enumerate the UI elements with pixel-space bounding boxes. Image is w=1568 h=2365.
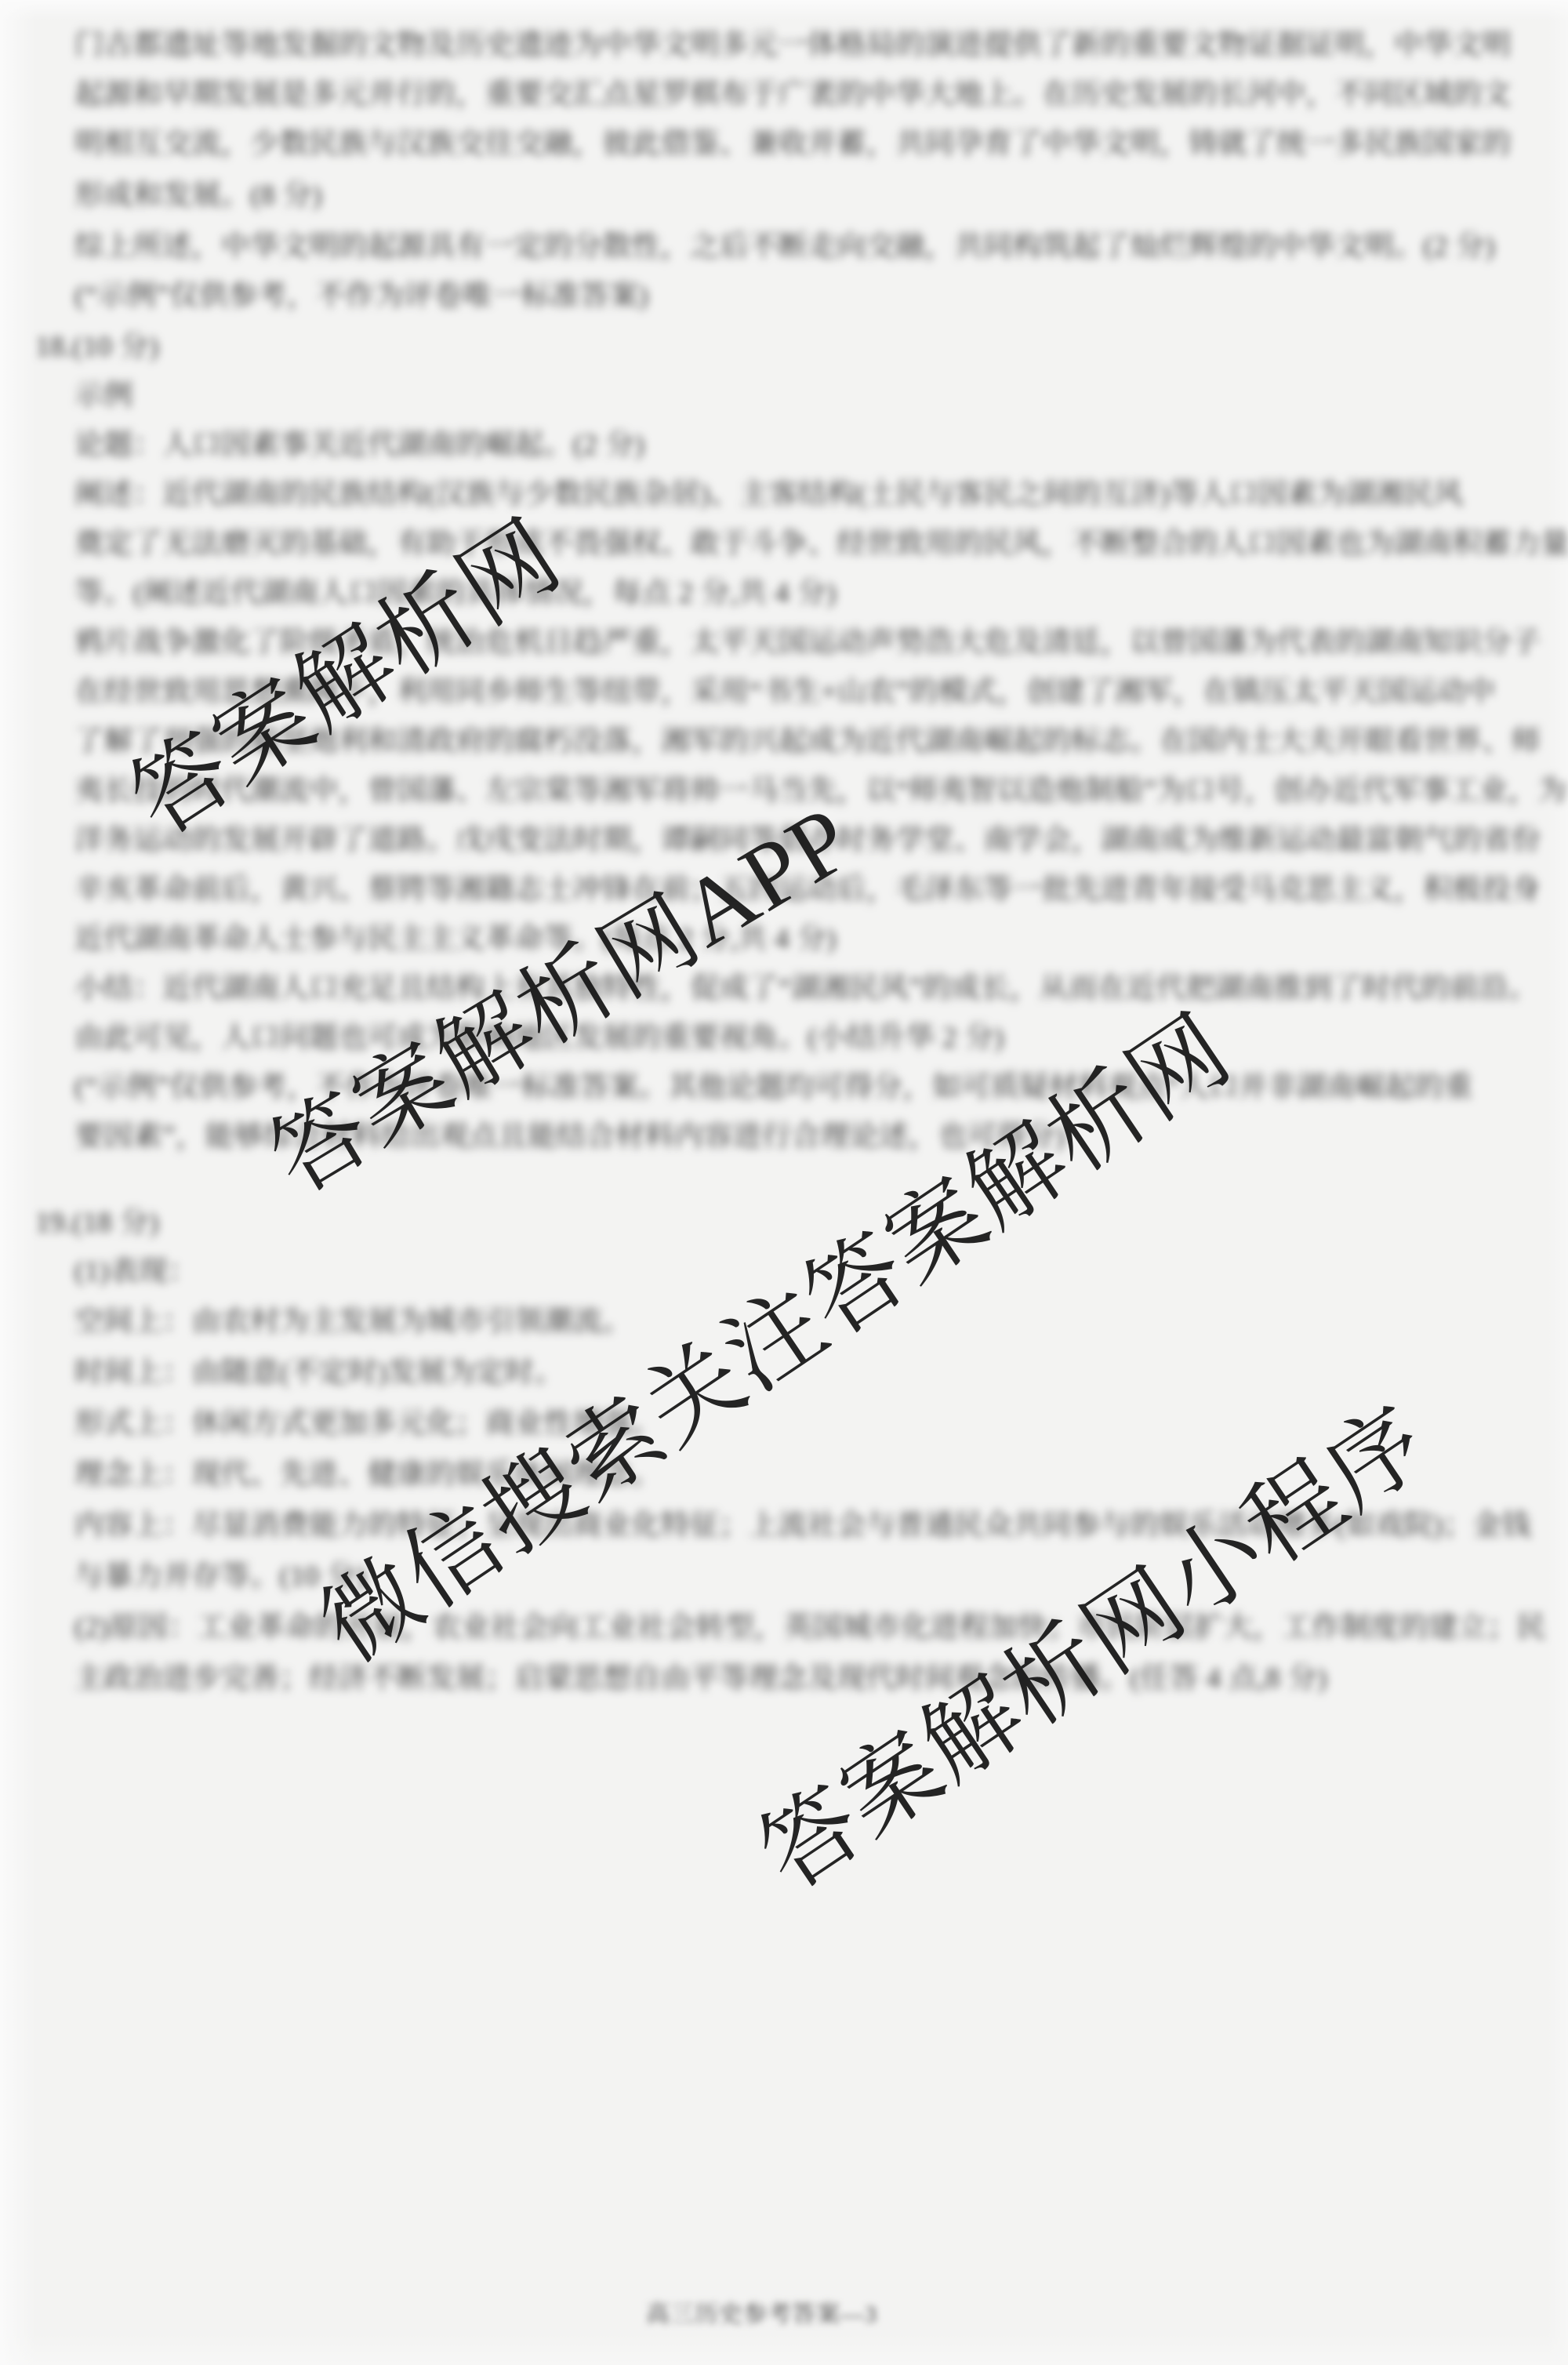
body-line: 奠定了无法磨灭的基础，有助于形成不畏强权、敢于斗争、经世致用的民风，不断整合的人… [74,520,1568,569]
body-line: 起源和早期发展是多元并行的，重要交汇点星罗棋布于广袤的中华大地上。在历史发展的长… [74,71,1512,119]
body-line: 18.(10 分) [35,323,159,372]
body-line: 阐述：近代湖南的民族结构(汉族与少数民族杂居)、主客结构(土民与客民之间的互济)… [74,470,1463,519]
body-line: 空间上：由农村为主发展为城市引领潮流。 [74,1298,632,1346]
body-line: 形成和发展。(8 分) [74,172,322,220]
body-line: 19.(18 分) [35,1199,159,1248]
body-line: 综上所述，中华文明的起源具有一定的分散性，之后不断走向交融，共同构筑起了灿烂辉煌… [74,223,1495,271]
body-line: 时间上：由随意(不定时)发展为定时。 [74,1349,564,1397]
body-line: 小结：近代湖南人口充足且结构上有其独特性，促成了“湖湘民风”的成长，从而在近代把… [74,965,1537,1013]
scanned-answer-page: 门古都遗址等地发掘的文物及历史遗迹为中华文明多元一体格局的演进提供了新的重要文物… [0,0,1568,2365]
body-line: 明相互交流，少数民族与汉族交往交融，彼此借鉴、兼收并蓄，共同孕育了中华文明，铸就… [74,120,1512,169]
body-line: 示例 [74,372,133,420]
body-line: (2)原因：工业革命的开展，农业社会向工业社会转型，英国城市化进程加快；市民阶层… [74,1604,1546,1652]
body-line: 要因素”，能够综合材料给出观点且能结合材料内容进行合理论述，也可得分) [74,1113,1065,1161]
body-line: 门古都遗址等地发掘的文物及历史遗迹为中华文明多元一体格局的演进提供了新的重要文物… [74,21,1512,70]
body-line: 论题：人口因素事关近代湖南的崛起。(2 分) [74,421,644,470]
body-line: (“示例”仅供参考，不作为评卷唯一标准答案) [74,272,648,321]
footer-page-label: 高三历史参考答案—3 [646,2294,877,2329]
body-line: (1)表现： [74,1248,198,1296]
